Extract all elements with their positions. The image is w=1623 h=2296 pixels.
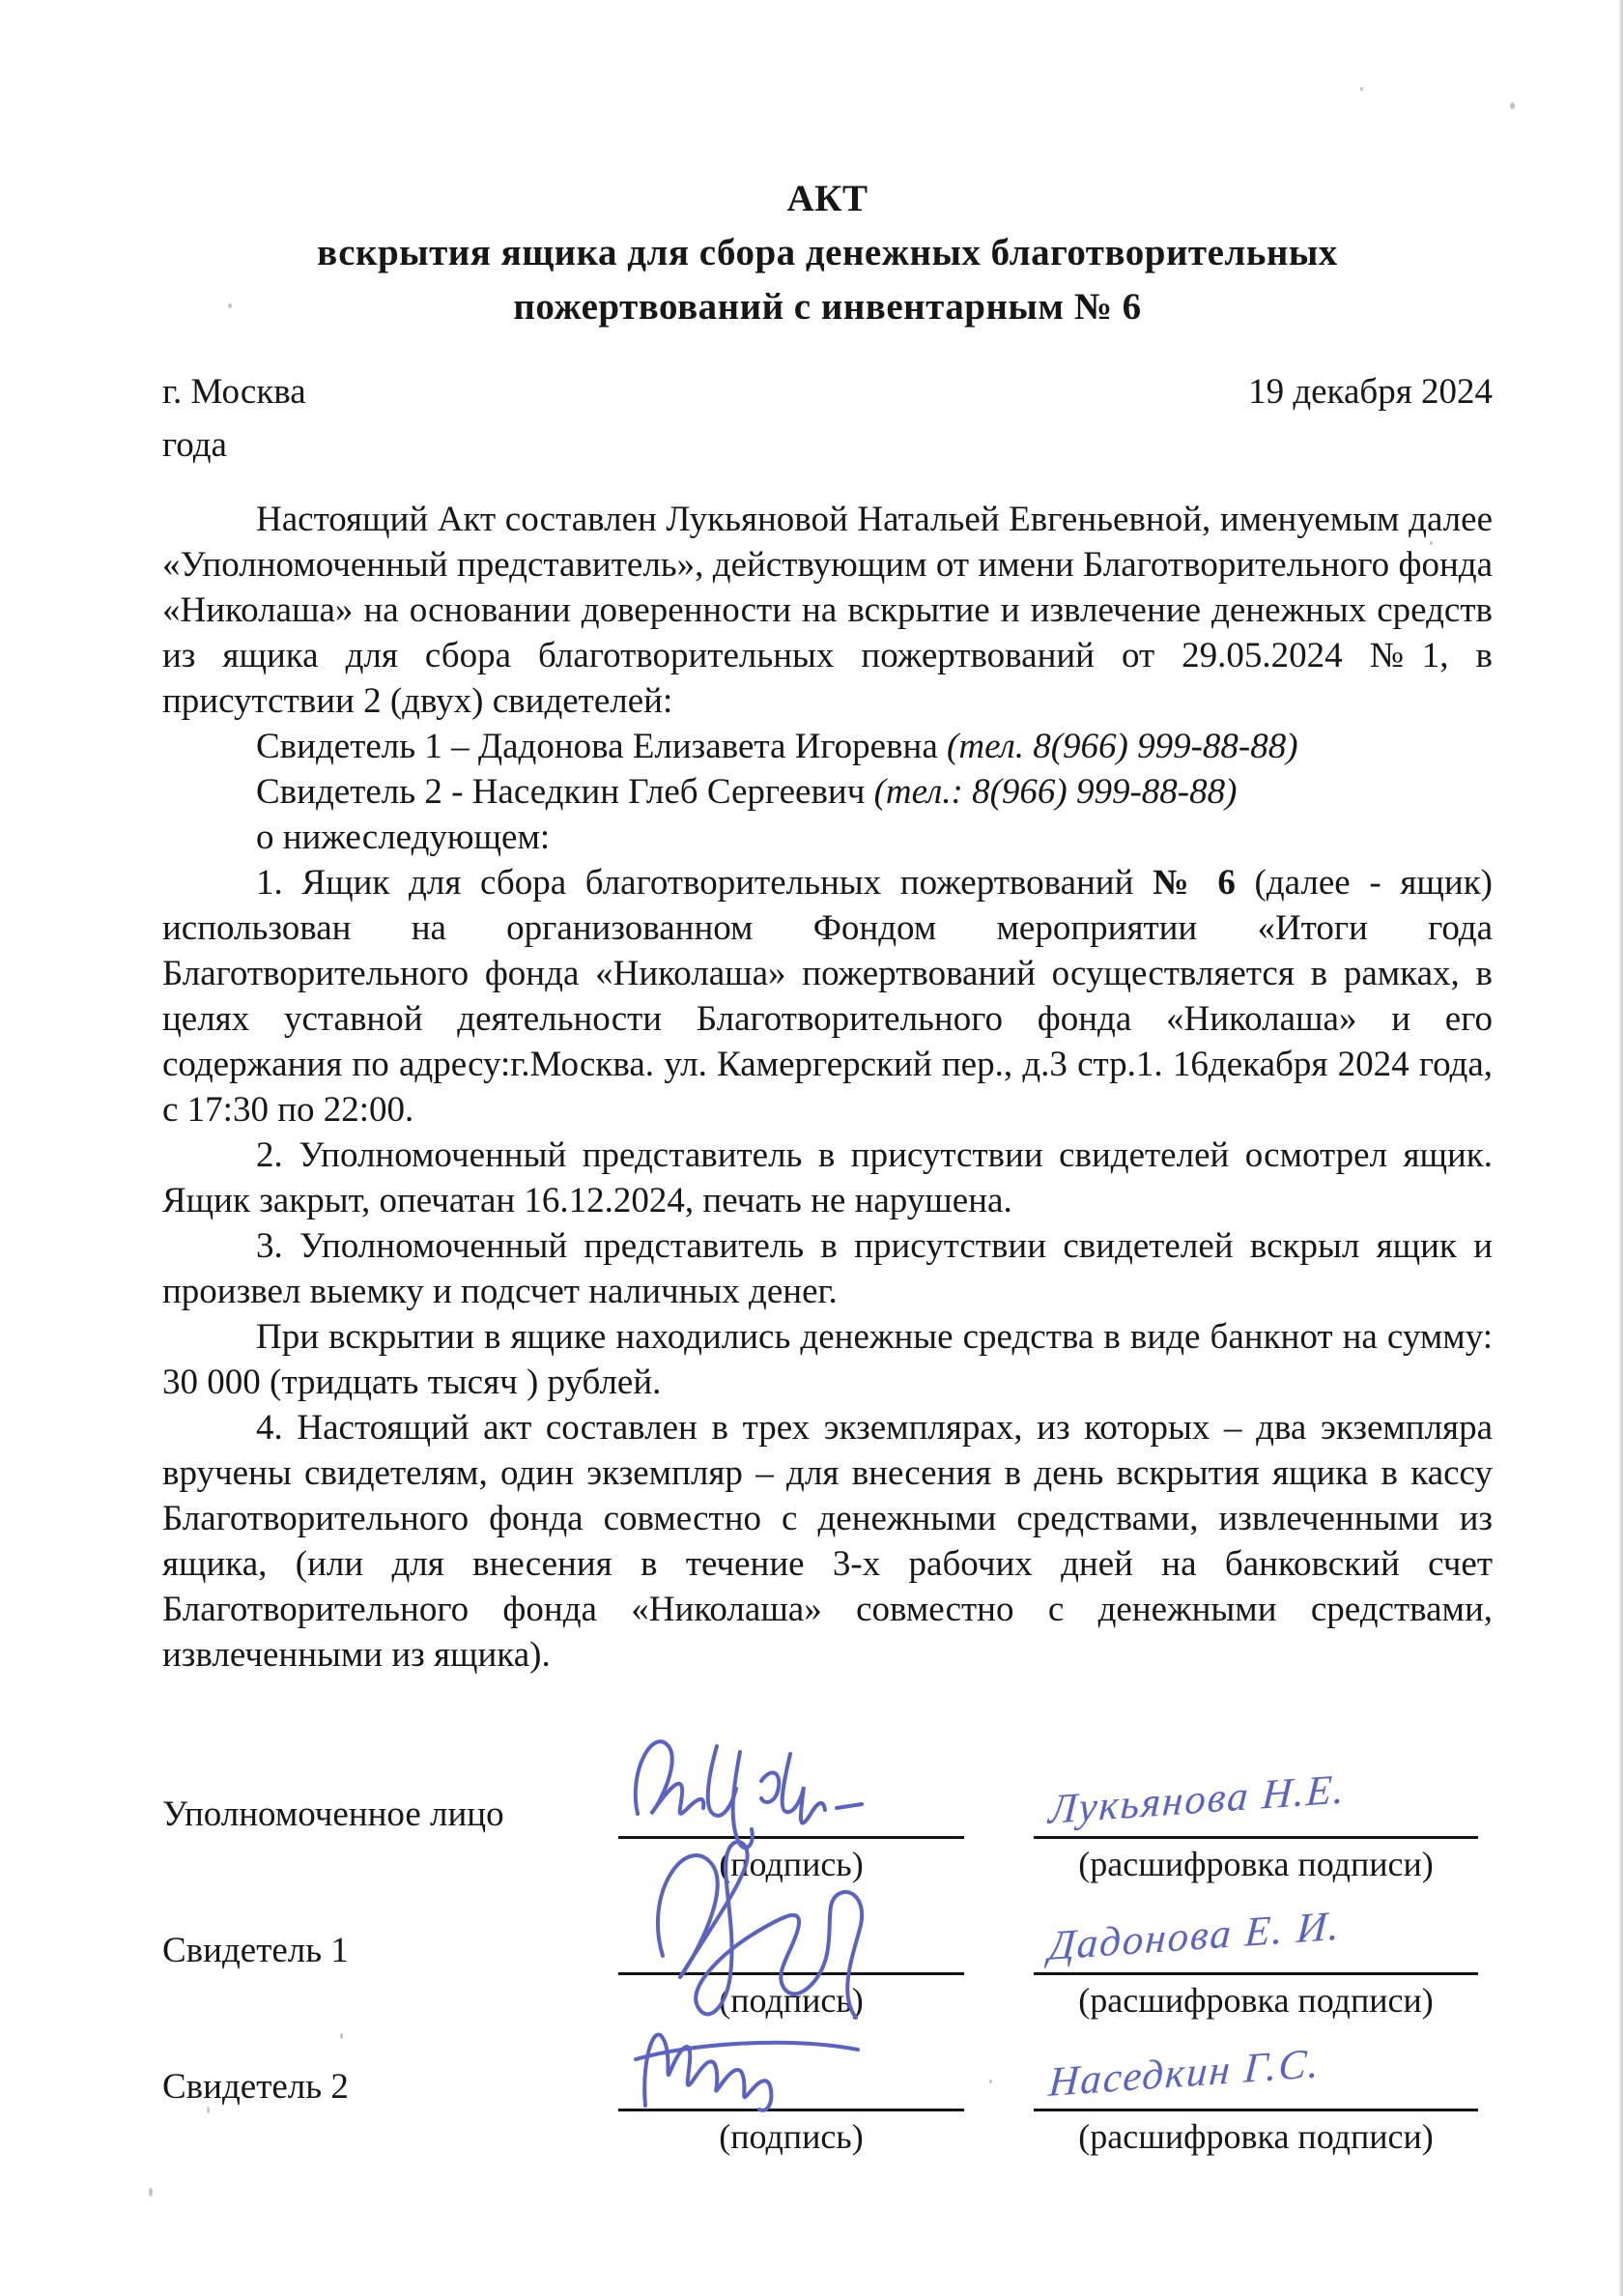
handwritten-name-witness-2: Наседкин Г.С.	[1047, 2030, 1494, 2106]
decode-caption: (расшифровка подписи)	[1034, 2111, 1478, 2162]
signature-caption: (подпись)	[618, 2111, 964, 2162]
handwritten-signature-authorized	[624, 1717, 914, 1843]
document-body: Настоящий Акт составлен Лукьяновой Натал…	[162, 497, 1493, 1678]
witness-1-phone: (тел. 8(966) 999-88-88)	[947, 727, 1298, 766]
scan-speck	[207, 2107, 210, 2113]
decode-caption: (расшифровка подписи)	[1034, 1975, 1478, 2025]
signature-caption: (подпись)	[618, 1975, 964, 2025]
document-subtitle-line2: пожертвований с инвентарным № 6	[162, 280, 1493, 334]
decode-caption: (расшифровка подписи)	[1034, 1839, 1478, 1889]
signature-row-authorized: Уполномоченное лицо	[162, 1792, 1493, 1889]
paragraph-item-2: 2. Уполномоченный представитель в присут…	[162, 1133, 1493, 1223]
signature-row-witness-2: Свидетель 2 (подпись)	[162, 2064, 1493, 2162]
scan-speck	[228, 303, 232, 308]
paragraph-item-4: 4. Настоящий акт составлен в трех экземп…	[162, 1405, 1493, 1678]
signature-caption: (подпись)	[618, 1839, 964, 1889]
item-1-box-number: № 6	[1153, 863, 1236, 903]
witness-2-phone: (тел.: 8(966) 999-88-88)	[874, 772, 1238, 812]
scan-speck	[1360, 87, 1363, 91]
signature-label-authorized: Уполномоченное лицо	[162, 1792, 618, 1889]
decode-cell-witness-1: Дадонова Е. И. (расшифровка подписи)	[1034, 1972, 1478, 2025]
document-subtitle-line1: вскрытия ящика для сбора денежных благот…	[162, 226, 1493, 280]
item-1-text: 1. Ящик для сбора благотворительных поже…	[256, 863, 1153, 903]
signature-cell-witness-2: (подпись)	[618, 2109, 964, 2162]
signature-cell-witness-1: (подпись)	[618, 1972, 964, 2025]
witness-line-1: Свидетель 1 – Дадонова Елизавета Игоревн…	[162, 724, 1493, 769]
document-content: АКТ вскрытия ящика для сбора денежных бл…	[162, 172, 1493, 2162]
decode-cell-authorized: Лукьянова Н.Е. (расшифровка подписи)	[1034, 1836, 1478, 1889]
item-1-text-rest: (далее - ящик) использован на организова…	[162, 863, 1493, 1130]
paragraph-item-1: 1. Ящик для сбора благотворительных поже…	[162, 860, 1493, 1133]
paragraph-cash-amount: При вскрытии в ящике находились денежные…	[162, 1314, 1493, 1405]
place-date-row: г. Москва 19 декабря 2024	[162, 365, 1493, 418]
handwritten-name-authorized: Лукьянова Н.Е.	[1047, 1758, 1494, 1833]
document-date-wrap: года	[162, 418, 1493, 472]
signature-section: Уполномоченное лицо	[162, 1792, 1493, 2162]
decode-cell-witness-2: Наседкин Г.С. (расшифровка подписи)	[1034, 2109, 1478, 2162]
signature-cell-authorized: (подпись)	[618, 1836, 964, 1889]
witness-2-name: Свидетель 2 - Наседкин Глеб Сергеевич	[256, 772, 874, 812]
scan-speck	[149, 2188, 153, 2196]
scan-speck	[340, 2033, 343, 2039]
scan-speck	[989, 2080, 992, 2083]
scan-speck	[1510, 102, 1515, 109]
handwritten-name-witness-1: Дадонова Е. И.	[1047, 1894, 1494, 1969]
witness-1-name: Свидетель 1 – Дадонова Елизавета Игоревн…	[256, 727, 947, 766]
document-place: г. Москва	[162, 365, 306, 418]
paragraph-item-3: 3. Уполномоченный представитель в присут…	[162, 1223, 1493, 1314]
document-title-block: АКТ вскрытия ящика для сбора денежных бл…	[162, 172, 1493, 334]
signature-label-witness-1: Свидетель 1	[162, 1928, 618, 2025]
signature-label-witness-2: Свидетель 2	[162, 2064, 618, 2162]
scan-edge-artifact	[1618, 0, 1623, 2296]
document-date: 19 декабря 2024	[1248, 365, 1493, 418]
paragraph-intro: Настоящий Акт составлен Лукьяновой Натал…	[162, 497, 1493, 724]
witness-line-2: Свидетель 2 - Наседкин Глеб Сергеевич (т…	[162, 769, 1493, 815]
signature-row-witness-1: Свидетель 1 (подпись)	[162, 1928, 1493, 2025]
scan-speck	[1430, 541, 1433, 545]
document-title: АКТ	[162, 172, 1493, 226]
about-line: о нижеследующем:	[162, 815, 1493, 860]
scanned-act-document: АКТ вскрытия ящика для сбора денежных бл…	[0, 0, 1623, 2296]
